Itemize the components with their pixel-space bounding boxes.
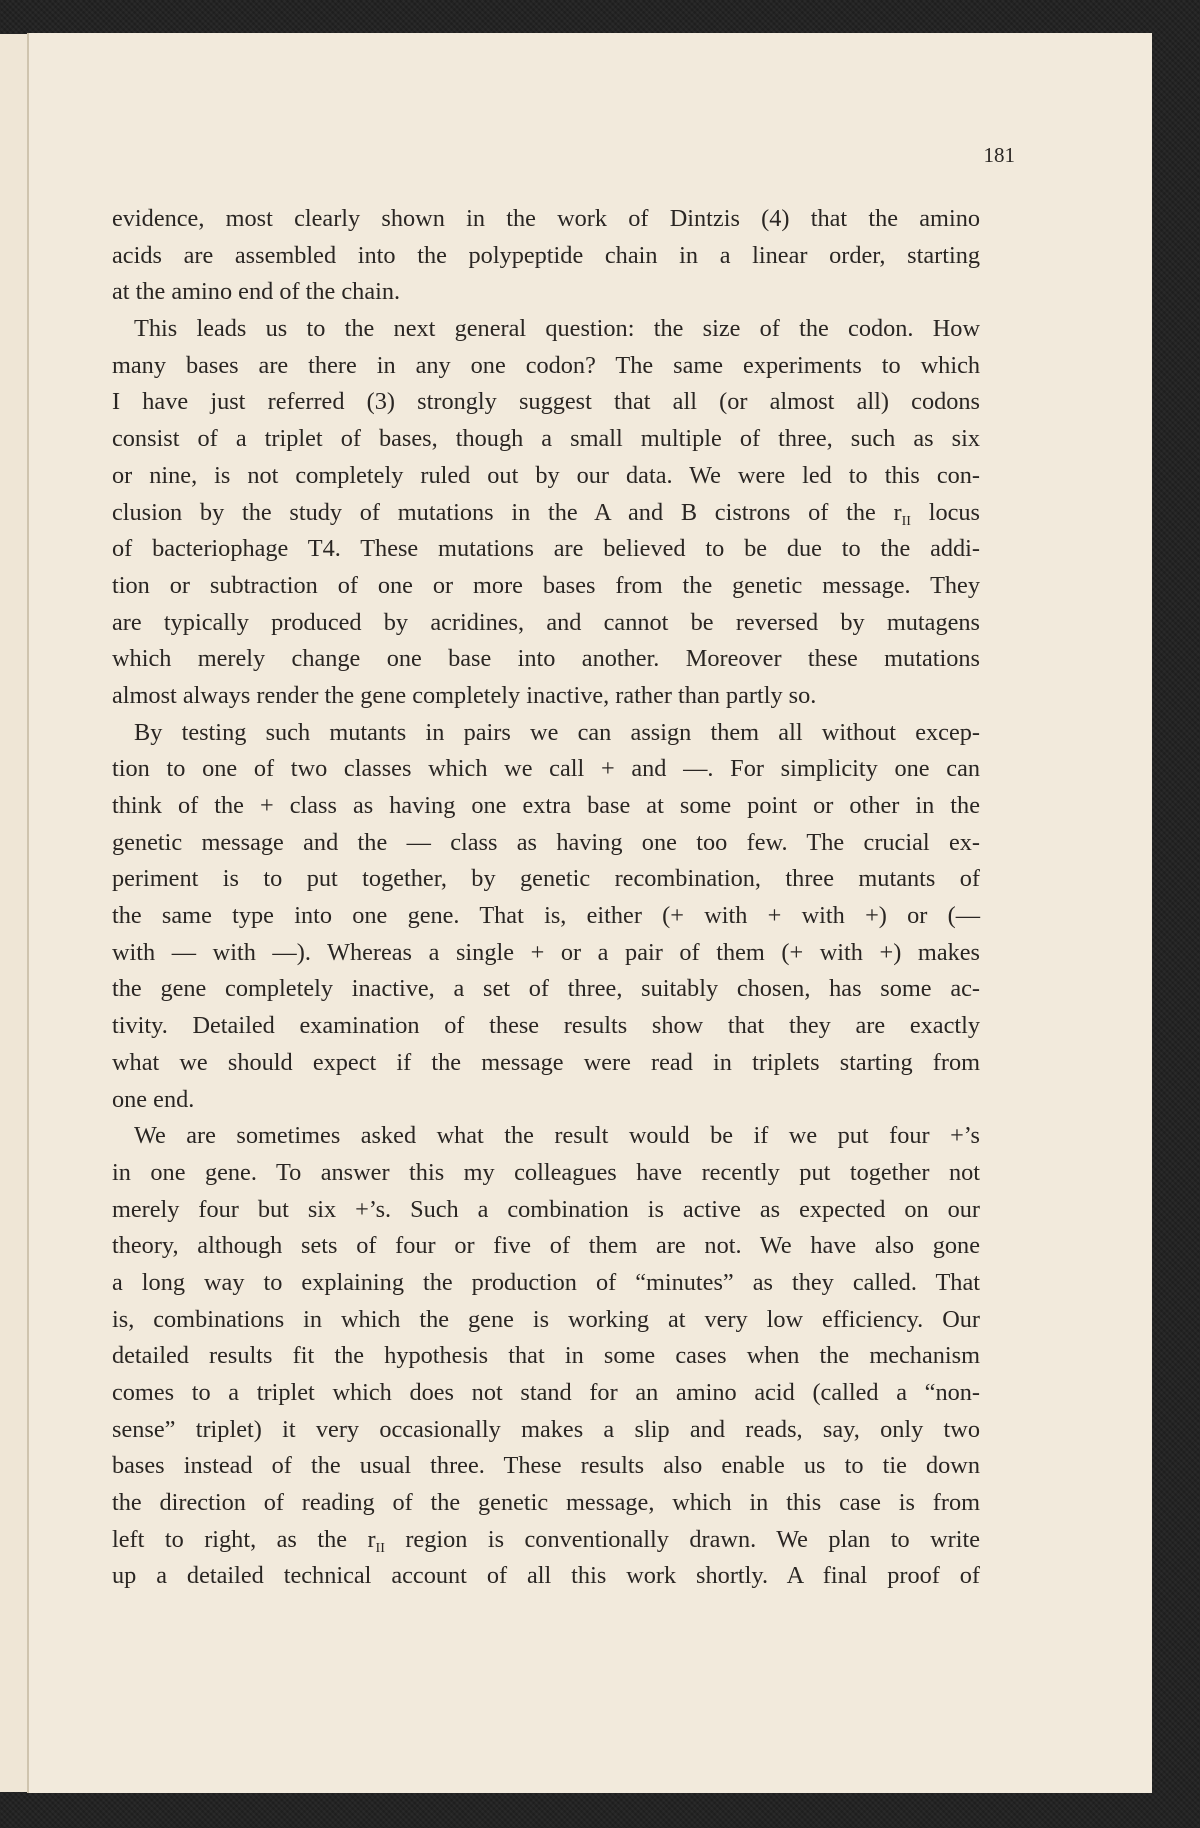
subscript: II xyxy=(376,1541,385,1556)
text-line: bases instead of the usual three. These … xyxy=(112,1448,980,1485)
text-line: at the amino end of the chain. xyxy=(112,274,980,311)
text-line: in one gene. To answer this my colleague… xyxy=(112,1155,980,1192)
text-line: are typically produced by acridines, and… xyxy=(112,605,980,642)
text-line: think of the + class as having one extra… xyxy=(112,788,980,825)
text-line: acids are assembled into the polypeptide… xyxy=(112,238,980,275)
text-line: merely four but six +’s. Such a combinat… xyxy=(112,1192,980,1229)
text-line: or nine, is not completely ruled out by … xyxy=(112,458,980,495)
text-line: genetic message and the — class as havin… xyxy=(112,825,980,862)
text-line: detailed results fit the hypothesis that… xyxy=(112,1338,980,1375)
text-line: of bacteriophage T4. These mutations are… xyxy=(112,531,980,568)
previous-page-edge xyxy=(0,34,27,1792)
text-line: I have just referred (3) strongly sugges… xyxy=(112,384,980,421)
text-line: a long way to explaining the production … xyxy=(112,1265,980,1302)
subscript: II xyxy=(902,514,911,529)
text-line: We are sometimes asked what the result w… xyxy=(112,1118,980,1155)
text-line: the same type into one gene. That is, ei… xyxy=(112,898,980,935)
text-segment: locus xyxy=(911,499,980,526)
text-line: the gene completely inactive, a set of t… xyxy=(112,971,980,1008)
text-line: many bases are there in any one codon? T… xyxy=(112,348,980,385)
text-line: one end. xyxy=(112,1082,980,1119)
book-page: 181 evidence, most clearly shown in the … xyxy=(27,33,1152,1793)
text-line: up a detailed technical account of all t… xyxy=(112,1558,980,1595)
text-line: periment is to put together, by genetic … xyxy=(112,861,980,898)
text-line: left to right, as the rII region is conv… xyxy=(112,1522,980,1559)
text-segment: region is conventionally drawn. We plan … xyxy=(385,1526,980,1553)
text-line: what we should expect if the message wer… xyxy=(112,1045,980,1082)
text-segment: clusion by the study of mutations in the… xyxy=(112,499,902,526)
text-line: almost always render the gene completely… xyxy=(112,678,980,715)
text-line: tion to one of two classes which we call… xyxy=(112,751,980,788)
text-segment: left to right, as the r xyxy=(112,1526,376,1553)
text-line: evidence, most clearly shown in the work… xyxy=(112,201,980,238)
text-line: clusion by the study of mutations in the… xyxy=(112,495,980,532)
text-line: is, combinations in which the gene is wo… xyxy=(112,1302,980,1339)
text-line: By testing such mutants in pairs we can … xyxy=(112,715,980,752)
text-line: This leads us to the next general questi… xyxy=(112,311,980,348)
page-number: 181 xyxy=(975,143,1015,168)
text-line: with — with —). Whereas a single + or a … xyxy=(112,935,980,972)
text-line: theory, although sets of four or five of… xyxy=(112,1228,980,1265)
text-line: tion or subtraction of one or more bases… xyxy=(112,568,980,605)
text-line: which merely change one base into anothe… xyxy=(112,641,980,678)
text-line: sense” triplet) it very occasionally mak… xyxy=(112,1412,980,1449)
text-line: tivity. Detailed examination of these re… xyxy=(112,1008,980,1045)
text-line: consist of a triplet of bases, though a … xyxy=(112,421,980,458)
text-line: comes to a triplet which does not stand … xyxy=(112,1375,980,1412)
text-line: the direction of reading of the genetic … xyxy=(112,1485,980,1522)
body-text: evidence, most clearly shown in the work… xyxy=(112,201,980,1595)
